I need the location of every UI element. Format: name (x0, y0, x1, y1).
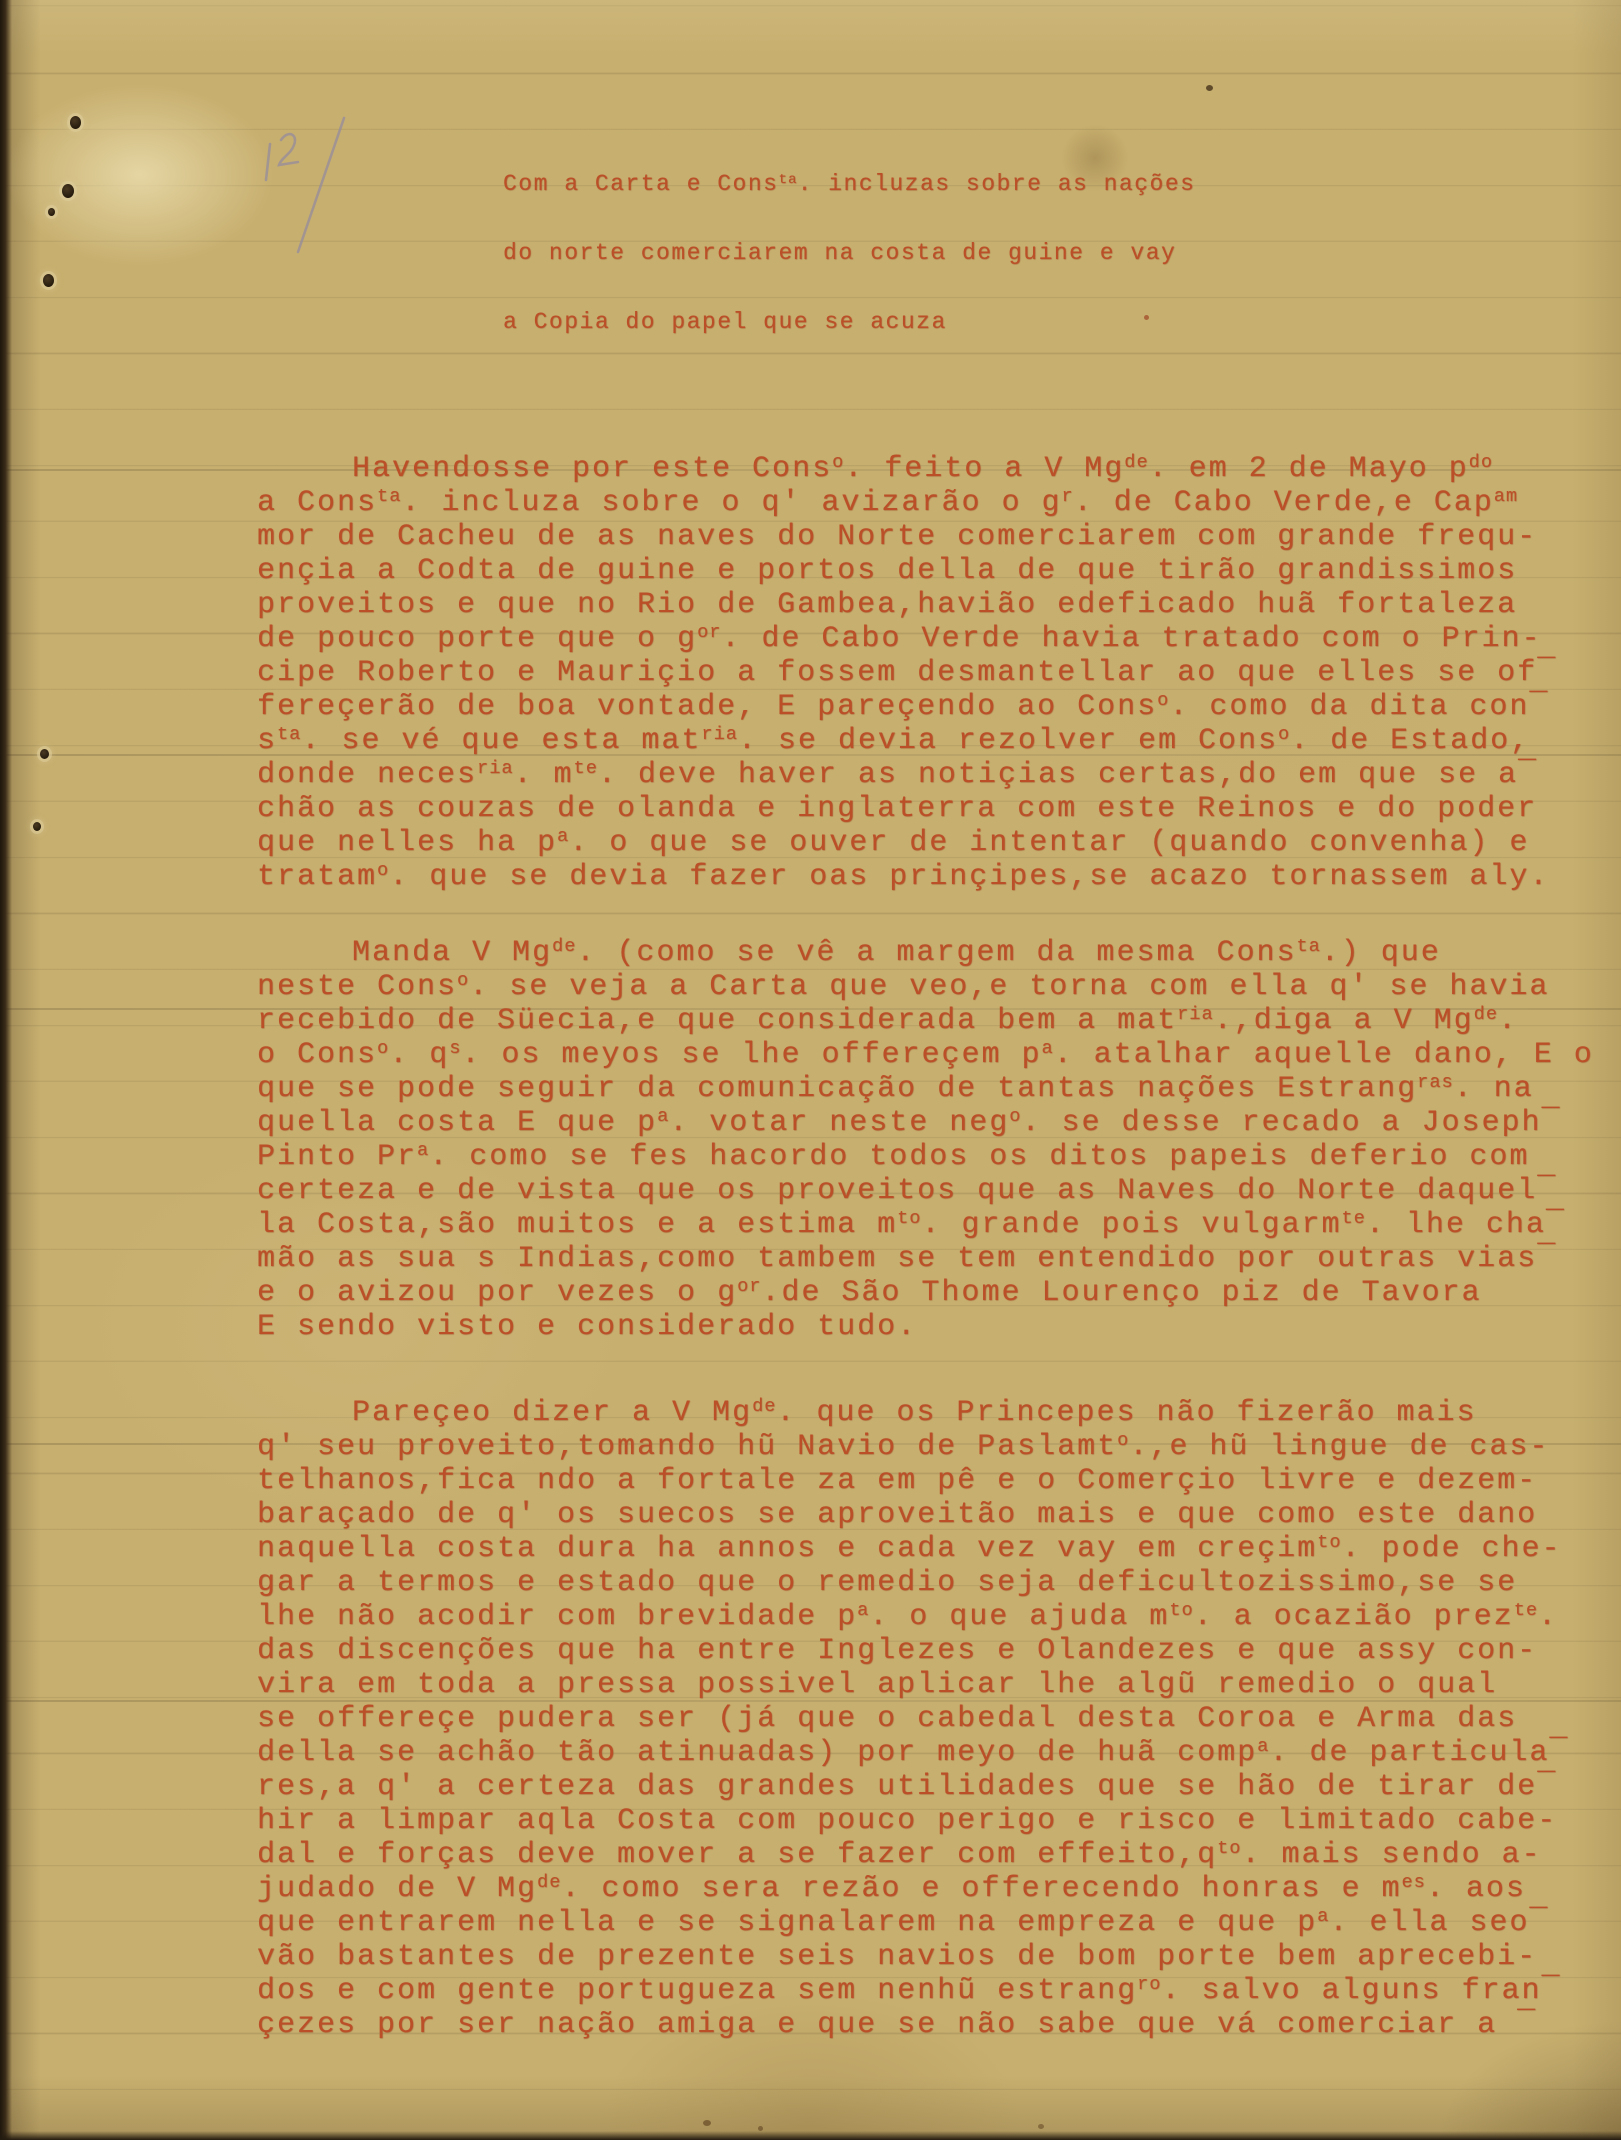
text-line: se offereçe pudera ser (já que o cabedal… (257, 1702, 1621, 1736)
punch-hole (43, 274, 54, 287)
text-line: que entrarem nella e se signalarem na em… (257, 1906, 1621, 1940)
text-line: Com a Carta e Consta. incluzas sobre as … (503, 150, 1195, 219)
text-line: çezes por ser nação amiga e que se não s… (257, 2008, 1621, 2042)
punch-hole (62, 184, 74, 198)
punch-hole (70, 116, 81, 129)
text-line: certeza e de vista que os proveitos que … (257, 1174, 1621, 1208)
text-line: naquella costa dura ha annos e cada vez … (257, 1532, 1621, 1566)
paper-speck (1206, 85, 1213, 91)
paper-speck (1038, 2124, 1044, 2129)
text-line: dos e com gente portugueza sem nenhũ est… (257, 1974, 1621, 2008)
text-line: mão as sua s Indias,como tambem se tem e… (257, 1242, 1621, 1276)
text-line: e o avizou por vezes o gor.de São Thome … (257, 1276, 1621, 1310)
text-line: das discenções que ha entre Inglezes e O… (257, 1634, 1621, 1668)
text-line: tratamo. que se devia fazer oas prinçipe… (257, 860, 1621, 894)
text-line: quella costa E que pa. votar neste nego.… (257, 1106, 1621, 1140)
text-line: o Conso. qs. os meyos se lhe offereçem p… (257, 1038, 1621, 1072)
text-line: chão as couzas de olanda e inglaterra co… (257, 792, 1621, 826)
pencil-annotation (243, 110, 378, 260)
text-line: della se achão tão atinuadas) por meyo d… (257, 1736, 1621, 1770)
text-line: lhe não acodir com brevidade pa. o que a… (257, 1600, 1621, 1634)
text-line: gar a termos e estado que o remedio seja… (257, 1566, 1621, 1600)
paragraph: Pareçeo dizer a V Mgde. que os Princepes… (257, 1396, 1621, 2042)
scanned-document-page: Com a Carta e Consta. incluzas sobre as … (0, 0, 1621, 2140)
punch-hole (40, 749, 49, 759)
text-line: cipe Roberto e Mauriçio a fossem desmant… (257, 656, 1621, 690)
text-line: que nelles ha pa. o que se ouver de inte… (257, 826, 1621, 860)
punch-hole (48, 208, 55, 216)
text-line: vão bastantes de prezente seis navios de… (257, 1940, 1621, 1974)
text-line: a Copia do papel que se acuza (503, 288, 1195, 357)
text-line: fereçerão de boa vontade, E pareçendo ao… (257, 690, 1621, 724)
text-line: Manda V Mgde. (como se vê a margem da me… (257, 936, 1621, 970)
scan-edge (0, 2131, 1621, 2140)
paragraph: Manda V Mgde. (como se vê a margem da me… (257, 936, 1621, 1344)
text-line: baraçado de q' os suecos se aproveitão m… (257, 1498, 1621, 1532)
text-line: recebido de Süecia,e que considerada bem… (257, 1004, 1621, 1038)
paper-speck (703, 2120, 711, 2126)
text-line: proveitos e que no Rio de Gambea,havião … (257, 588, 1621, 622)
text-line: Pinto Pra. como se fes hacordo todos os … (257, 1140, 1621, 1174)
punch-hole (33, 822, 41, 831)
scan-edge (0, 0, 12, 2140)
text-line: de pouco porte que o gor. de Cabo Verde … (257, 622, 1621, 656)
text-line: telhanos,fica ndo a fortale za em pê e o… (257, 1464, 1621, 1498)
text-line: judado de V Mgde. como sera rezão e offe… (257, 1872, 1621, 1906)
text-line: dal e forças deve mover a se fazer com e… (257, 1838, 1621, 1872)
text-line: donde necesria. mte. deve haver as notiç… (257, 758, 1621, 792)
text-line: neste Conso. se veja a Carta que veo,e t… (257, 970, 1621, 1004)
text-line: a Consta. incluza sobre o q' avizarão o … (257, 486, 1621, 520)
text-line: Pareçeo dizer a V Mgde. que os Princepes… (257, 1396, 1621, 1430)
text-line: q' seu proveito,tomando hũ Navio de Pasl… (257, 1430, 1621, 1464)
text-line: hir a limpar aqla Costa com pouco perigo… (257, 1804, 1621, 1838)
text-line: la Costa,são muitos e a estima mto. gran… (257, 1208, 1621, 1242)
text-line: que se pode seguir da comunicação de tan… (257, 1072, 1621, 1106)
text-line: mor de Cacheu de as naves do Norte comer… (257, 520, 1621, 554)
text-line: E sendo visto e considerado tudo. (257, 1310, 1621, 1344)
text-line: do norte comerciarem na costa de guine e… (503, 219, 1195, 288)
document-heading-note: Com a Carta e Consta. incluzas sobre as … (503, 150, 1195, 357)
text-line: Havendosse por este Conso. feito a V Mgd… (257, 452, 1621, 486)
text-line: sta. se vé que esta matria. se devia rez… (257, 724, 1621, 758)
text-line: res,a q' a certeza das grandes utilidade… (257, 1770, 1621, 1804)
text-line: vira em toda a pressa possivel aplicar l… (257, 1668, 1621, 1702)
paragraph: Havendosse por este Conso. feito a V Mgd… (257, 452, 1621, 894)
document-body: Havendosse por este Conso. feito a V Mgd… (257, 452, 1621, 2042)
text-line: ençia a Codta de guine e portos della de… (257, 554, 1621, 588)
